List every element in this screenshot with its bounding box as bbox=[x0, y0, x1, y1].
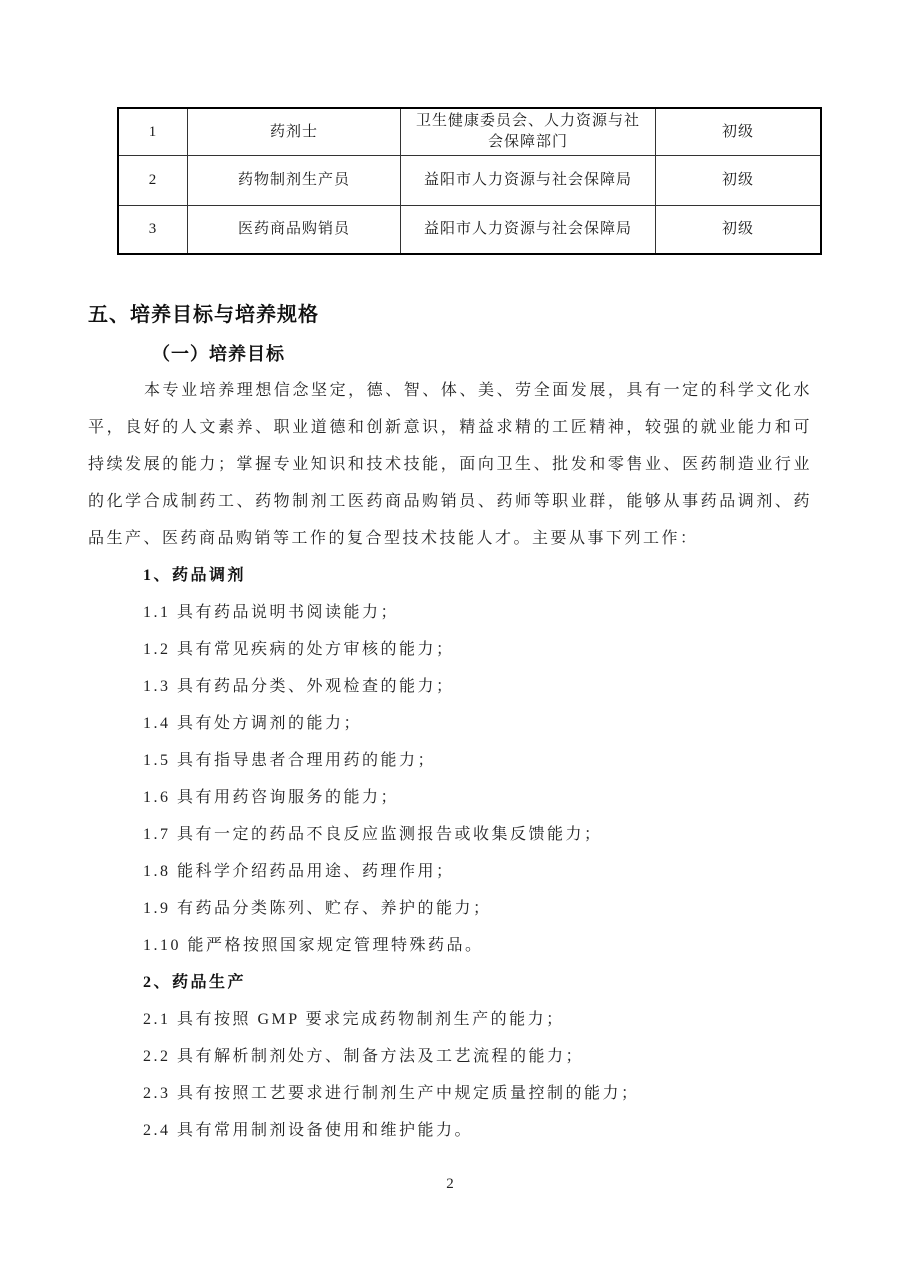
table-row: 3 医药商品购销员 益阳市人力资源与社会保障局 初级 bbox=[118, 206, 821, 254]
section-heading: 五、培养目标与培养规格 bbox=[88, 298, 319, 327]
list-item: 1.3 具有药品分类、外观检查的能力； bbox=[143, 668, 812, 705]
cell-level: 初级 bbox=[656, 206, 822, 254]
list-item: 1.5 具有指导患者合理用药的能力； bbox=[143, 742, 812, 779]
cell-occupation: 药剂士 bbox=[188, 108, 401, 156]
list2-title: 2、药品生产 bbox=[143, 964, 812, 1001]
list-item: 1.4 具有处方调剂的能力； bbox=[143, 705, 812, 742]
list-item: 1.10 能严格按照国家规定管理特殊药品。 bbox=[143, 927, 812, 964]
list-item: 2.2 具有解析制剂处方、制备方法及工艺流程的能力； bbox=[143, 1038, 812, 1075]
cell-row-number: 2 bbox=[118, 156, 188, 206]
list-item: 1.8 能科学介绍药品用途、药理作用； bbox=[143, 853, 812, 890]
cell-issuer: 益阳市人力资源与社会保障局 bbox=[401, 206, 656, 254]
table-row: 1 药剂士 卫生健康委员会、人力资源与社会保障部门 初级 bbox=[118, 108, 821, 156]
cell-level: 初级 bbox=[656, 108, 822, 156]
list-item: 2.4 具有常用制剂设备使用和维护能力。 bbox=[143, 1112, 812, 1149]
cell-row-number: 1 bbox=[118, 108, 188, 156]
list-item: 1.9 有药品分类陈列、贮存、养护的能力； bbox=[143, 890, 812, 927]
body-text: 本专业培养理想信念坚定，德、智、体、美、劳全面发展，具有一定的科学文化水平，良好… bbox=[88, 372, 812, 1149]
cell-issuer: 益阳市人力资源与社会保障局 bbox=[401, 156, 656, 206]
list1-title: 1、药品调剂 bbox=[143, 557, 812, 594]
list-item: 2.1 具有按照 GMP 要求完成药物制剂生产的能力； bbox=[143, 1001, 812, 1038]
table-row: 2 药物制剂生产员 益阳市人力资源与社会保障局 初级 bbox=[118, 156, 821, 206]
subsection-heading: （一）培养目标 bbox=[152, 340, 285, 366]
list-item: 1.7 具有一定的药品不良反应监测报告或收集反馈能力； bbox=[143, 816, 812, 853]
cell-level: 初级 bbox=[656, 156, 822, 206]
page-number: 2 bbox=[0, 1172, 900, 1196]
cell-occupation: 医药商品购销员 bbox=[188, 206, 401, 254]
cell-occupation: 药物制剂生产员 bbox=[188, 156, 401, 206]
list-item: 2.3 具有按照工艺要求进行制剂生产中规定质量控制的能力； bbox=[143, 1075, 812, 1112]
list-item: 1.2 具有常见疾病的处方审核的能力； bbox=[143, 631, 812, 668]
cell-row-number: 3 bbox=[118, 206, 188, 254]
document-page: 1 药剂士 卫生健康委员会、人力资源与社会保障部门 初级 2 药物制剂生产员 益… bbox=[0, 0, 900, 1272]
certificate-table: 1 药剂士 卫生健康委员会、人力资源与社会保障部门 初级 2 药物制剂生产员 益… bbox=[117, 107, 822, 255]
cell-issuer: 卫生健康委员会、人力资源与社会保障部门 bbox=[401, 108, 656, 156]
list-item: 1.6 具有用药咨询服务的能力； bbox=[143, 779, 812, 816]
list-item: 1.1 具有药品说明书阅读能力； bbox=[143, 594, 812, 631]
intro-paragraph: 本专业培养理想信念坚定，德、智、体、美、劳全面发展，具有一定的科学文化水平，良好… bbox=[88, 372, 812, 557]
